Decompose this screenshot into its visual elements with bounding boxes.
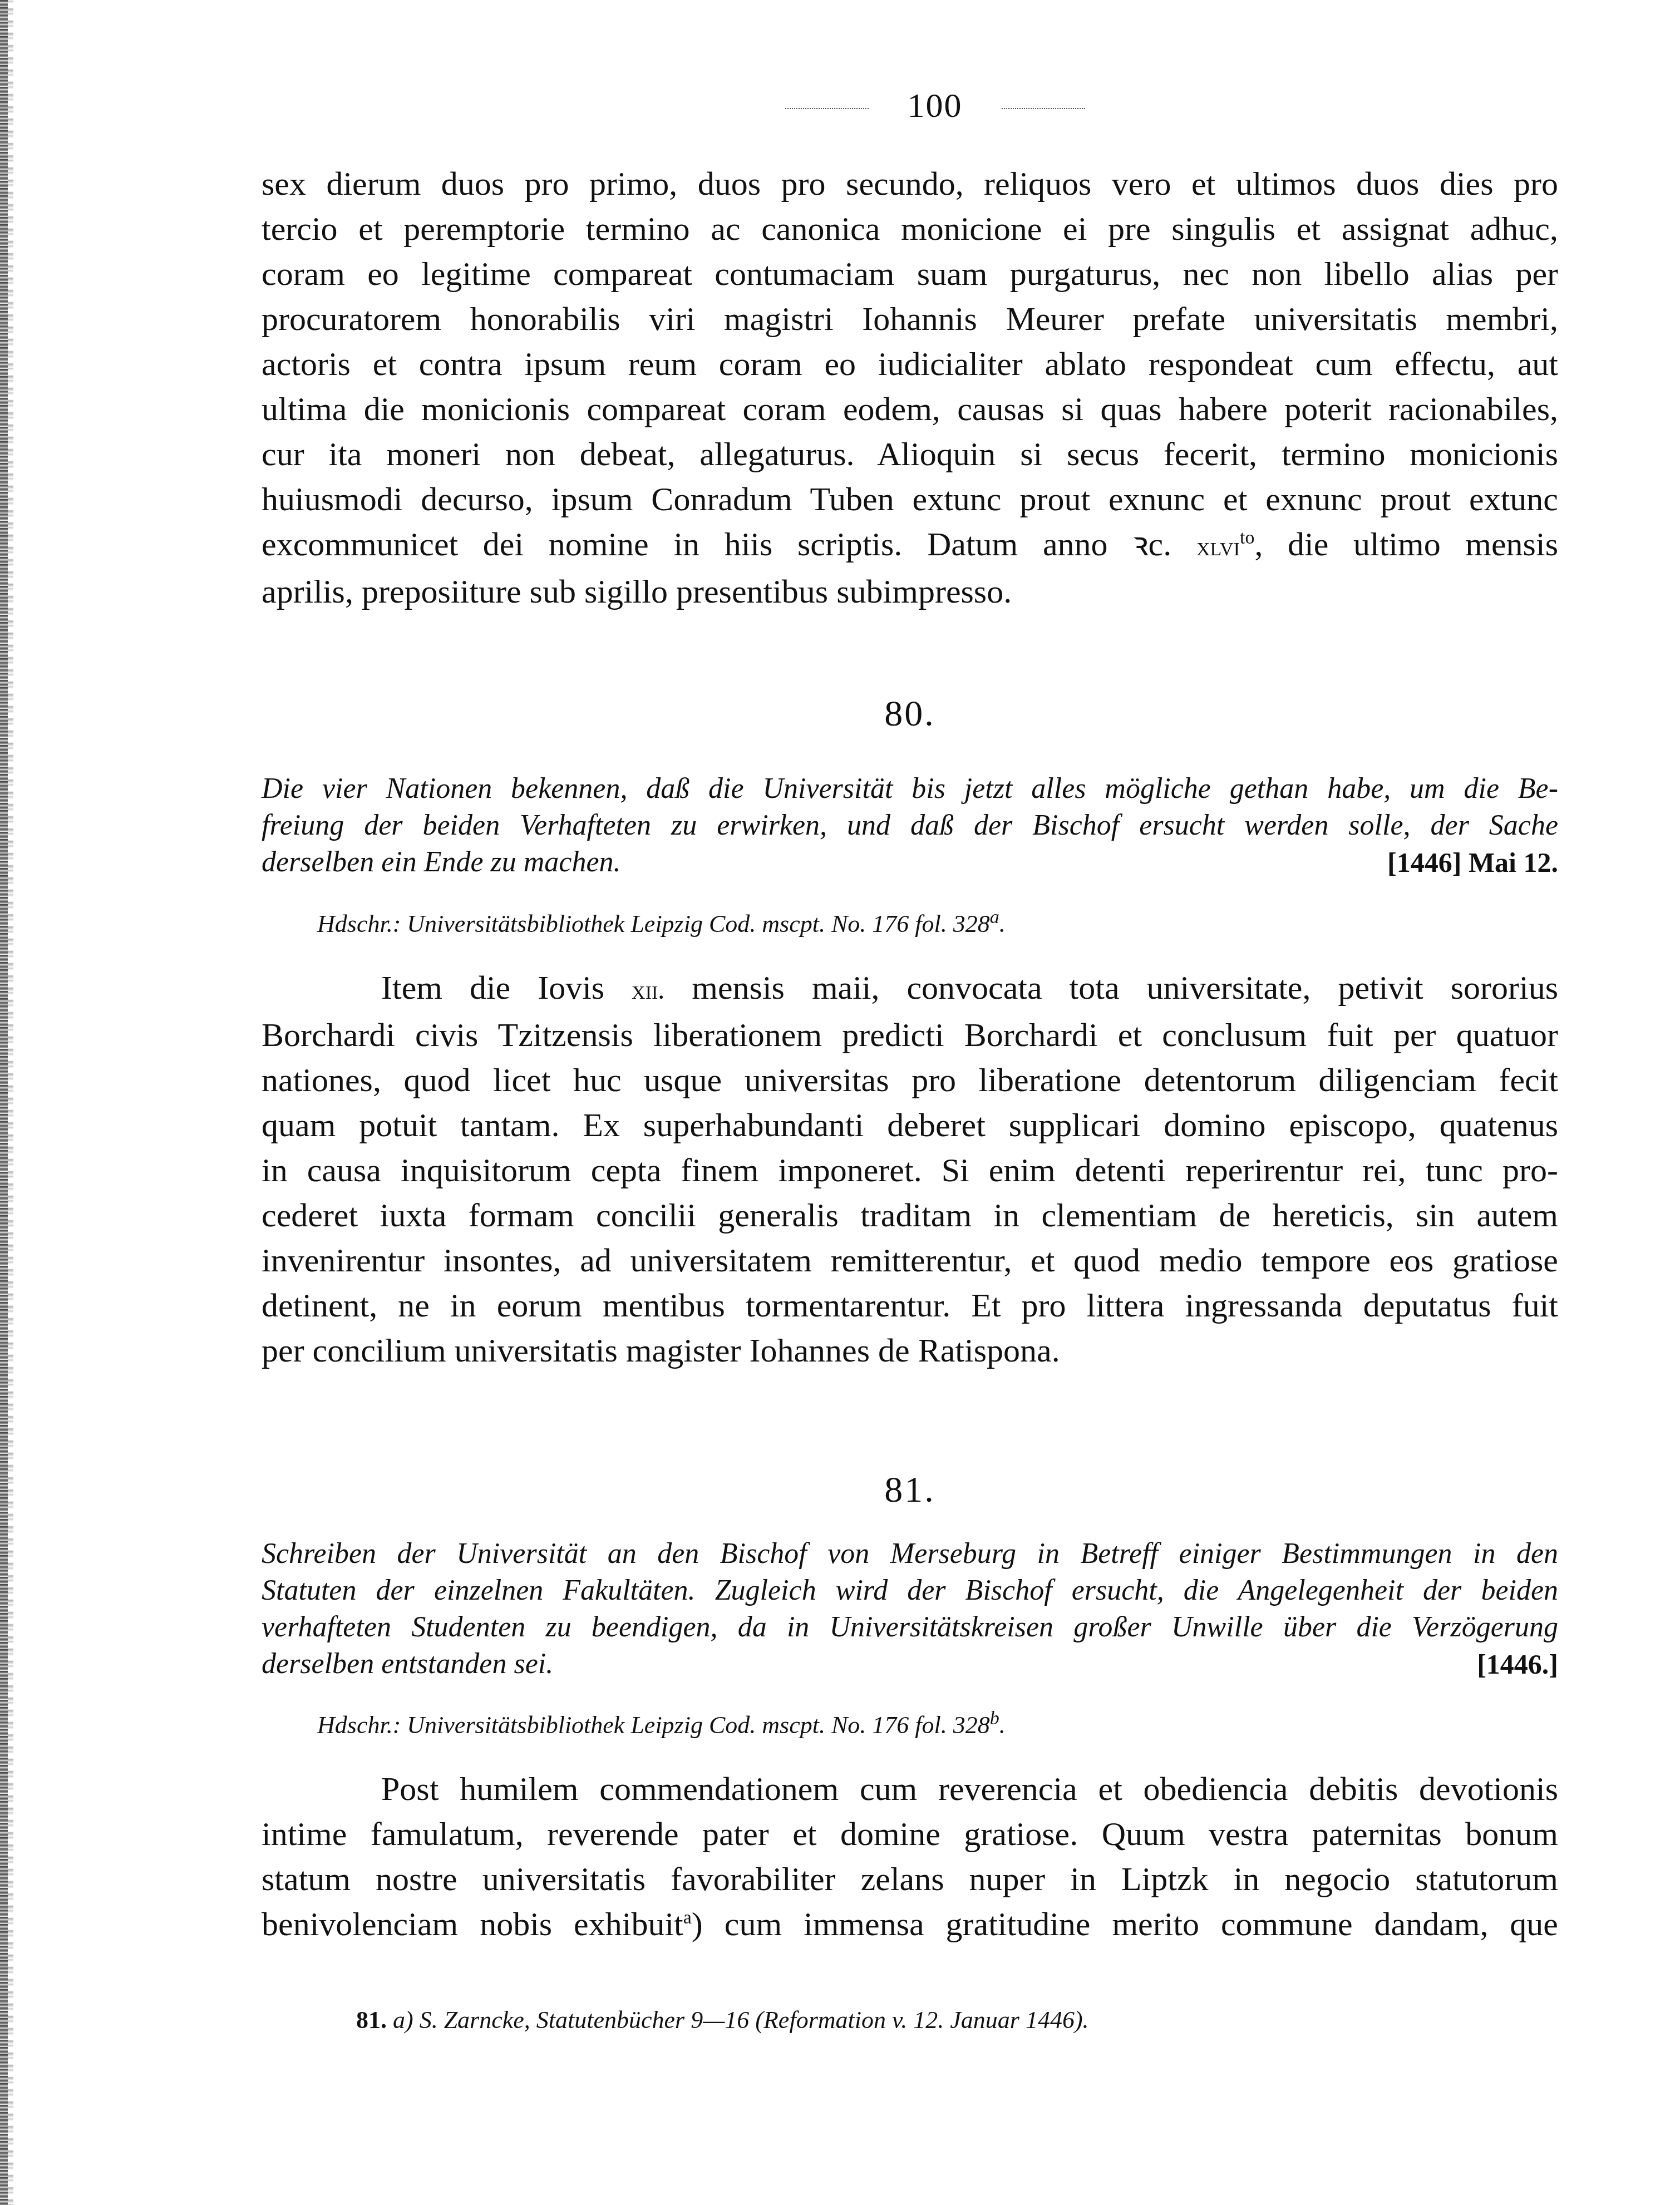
- continuation-paragraph: sex dierum duos pro primo, duos pro secu…: [262, 161, 1558, 614]
- text-line: per concilium universitatis magister Ioh…: [262, 1328, 1558, 1373]
- page-number: 100: [908, 86, 963, 126]
- text-line: huiusmodi decurso, ipsum Conradum Tuben …: [262, 477, 1558, 522]
- text-line: Post humilem commendationem cum reverenc…: [262, 1767, 1558, 1812]
- regest-line: Statuten der einzelnen Fakultäten. Zugle…: [262, 1572, 1558, 1609]
- regest-line: derselben ein Ende zu machen. [1446] Mai…: [262, 844, 1558, 881]
- regest-line: verhafteten Studenten zu beendigen, da i…: [262, 1609, 1558, 1646]
- ordinal-superscript: to: [1240, 527, 1254, 548]
- regest-line: freiung der beiden Verhafteten zu erwirk…: [262, 807, 1558, 844]
- folio-side: b: [990, 1708, 999, 1729]
- text-line: detinent, ne in eorum mentibus tormentar…: [262, 1283, 1558, 1328]
- document-number-81: 81.: [262, 1469, 1558, 1511]
- scanned-book-spine-edge: [0, 0, 8, 2205]
- text-line: tercio et peremptorie termino ac canonic…: [262, 206, 1558, 251]
- regest-text: derselben entstanden sei.: [262, 1646, 553, 1683]
- roman-numeral-year: xlvi: [1196, 532, 1240, 561]
- document-date: [1446.]: [1477, 1646, 1558, 1683]
- text-line: Borchardi civis Tzitzensis liberationem …: [262, 1013, 1558, 1058]
- text-line: excommunicet dei nomine in hiis scriptis…: [262, 522, 1558, 569]
- regest-80: Die vier Nationen bekennen, daß die Univ…: [262, 771, 1558, 881]
- footnote-doc-number: 81.: [356, 2006, 387, 2034]
- document-number-80: 80.: [262, 693, 1558, 735]
- text-line: quam potuit tantam. Ex superhabundanti d…: [262, 1103, 1558, 1148]
- regest-81: Schreiben der Universität an den Bischof…: [262, 1536, 1558, 1683]
- source-text: Hdschr.: Universitätsbibliothek Leipzig …: [317, 910, 990, 938]
- text-fragment: mensis maii, convocata tota universitate…: [664, 969, 1558, 1006]
- regest-line: Die vier Nationen bekennen, daß die Univ…: [262, 771, 1558, 807]
- text-line: statum nostre universitatis favorabilite…: [262, 1857, 1558, 1902]
- source-text: .: [999, 910, 1006, 938]
- text-line: cederet iuxta formam concilii generalis …: [262, 1193, 1558, 1238]
- header-rule-right: [1002, 108, 1085, 109]
- text-line: coram eo legitime compareat contumaciam …: [262, 251, 1558, 297]
- text-line: sex dierum duos pro primo, duos pro secu…: [262, 161, 1558, 206]
- text-line: Item die Iovis xii. mensis maii, convoca…: [262, 965, 1558, 1013]
- text-fragment: ) cum immensa gratitudine merito commune…: [692, 1906, 1558, 1942]
- running-header: 100: [262, 83, 1608, 128]
- source-text: .: [999, 1711, 1006, 1739]
- body-paragraph-80: Item die Iovis xii. mensis maii, convoca…: [262, 965, 1558, 1373]
- document-date: [1446] Mai 12.: [1387, 844, 1558, 881]
- header-rule-left: [785, 108, 869, 109]
- text-line: nationes, quod licet huc usque universit…: [262, 1058, 1558, 1103]
- regest-line: Schreiben der Universität an den Bischof…: [262, 1536, 1558, 1572]
- text-line: cur ita moneri non debeat, allegaturus. …: [262, 432, 1558, 477]
- folio-side: a: [990, 907, 999, 928]
- text-fragment: , die ultimo mensis: [1254, 526, 1558, 563]
- text-fragment: benivolenciam nobis exhibuit: [262, 1906, 683, 1942]
- text-line: procuratorem honorabilis viri magistri I…: [262, 297, 1558, 342]
- body-paragraph-81: Post humilem commendationem cum reverenc…: [262, 1767, 1558, 1947]
- footnote-marker: a: [683, 1907, 692, 1928]
- manuscript-source-80: Hdschr.: Universitätsbibliothek Leipzig …: [317, 910, 1006, 938]
- roman-numeral-day: xii.: [632, 975, 664, 1005]
- text-line: in causa inquisitorum cepta finem impone…: [262, 1148, 1558, 1193]
- manuscript-source-81: Hdschr.: Universitätsbibliothek Leipzig …: [317, 1711, 1006, 1739]
- text-line: actoris et contra ipsum reum coram eo iu…: [262, 342, 1558, 387]
- text-fragment: excommunicet dei nomine in hiis scriptis…: [262, 526, 1196, 563]
- scanned-book-spine-shadow: [8, 0, 13, 2205]
- regest-text: derselben ein Ende zu machen.: [262, 844, 620, 881]
- text-line: intime famulatum, reverende pater et dom…: [262, 1812, 1558, 1857]
- footnote: 81. a) S. Zarncke, Statutenbücher 9—16 (…: [356, 2006, 1089, 2034]
- text-line: benivolenciam nobis exhibuita) cum immen…: [262, 1902, 1558, 1947]
- text-fragment: Item die Iovis: [381, 969, 632, 1006]
- text-line: ultima die monicionis compareat coram eo…: [262, 387, 1558, 432]
- source-text: Hdschr.: Universitätsbibliothek Leipzig …: [317, 1711, 990, 1739]
- text-line: aprilis, preposiiture sub sigillo presen…: [262, 569, 1558, 614]
- footnote-text: a) S. Zarncke, Statutenbücher 9—16 (Refo…: [393, 2006, 1089, 2034]
- regest-line: derselben entstanden sei. [1446.]: [262, 1646, 1558, 1683]
- text-line: invenirentur insontes, ad universitatem …: [262, 1238, 1558, 1283]
